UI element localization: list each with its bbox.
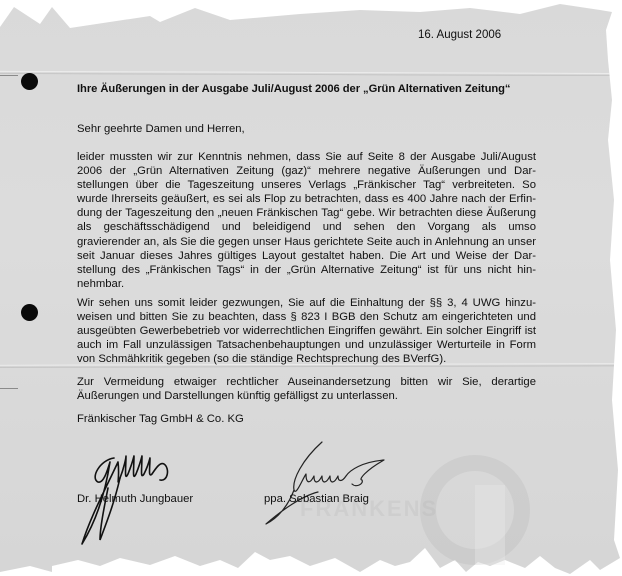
letter-paragraph-3: Zur Vermeidung etwaiger rechtlicher Ause… (77, 375, 536, 403)
text-line: seit Januar dieses Jahres gültiges Layou… (77, 249, 536, 263)
punch-hole (21, 73, 38, 90)
text-line: auch im Fall unzulässigen Tatsachenbehau… (77, 338, 536, 352)
text-line: von Schmähkritik gegeben (so die ständig… (77, 352, 536, 366)
text-line: stellung des „Fränkischen Tags“ in der „… (77, 263, 536, 277)
signatory-name-1: Dr. Helmuth Jungbauer (77, 492, 193, 506)
watermark-logo-letter (475, 485, 505, 565)
letter-paragraph-2: Wir sehen uns somit leider gezwungen, Si… (77, 296, 536, 366)
text-line: Zur Vermeidung etwaiger rechtlicher Ause… (77, 375, 536, 389)
text-line: dung der Tageszeitung den „neuen Fränkis… (77, 206, 536, 220)
text-line: als geschäftsschädigend und beleidigend … (77, 220, 536, 234)
text-line: nehmbar. (77, 277, 536, 291)
letter-date: 16. August 2006 (418, 28, 501, 42)
letter-subject: Ihre Äußerungen in der Ausgabe Juli/Augu… (77, 82, 510, 96)
signature-braig (262, 440, 392, 530)
company-name: Fränkischer Tag GmbH & Co. KG (77, 412, 244, 426)
signatory-name-2: ppa. Sebastian Braig (264, 492, 369, 506)
text-line: leider mussten wir zur Kenntnis nehmen, … (77, 150, 536, 164)
fold-mark (0, 388, 18, 389)
text-line: stellungen über die Tageszeitung unseres… (77, 178, 536, 192)
fold-mark (0, 75, 18, 76)
text-line: weisen und bitten Sie zu beachten, dass … (77, 310, 536, 324)
text-line: Wir sehen uns somit leider gezwungen, Si… (77, 296, 536, 310)
text-line: ausgeübten Gewerbebetrieb vor widerrecht… (77, 324, 536, 338)
punch-hole (21, 304, 38, 321)
text-line: gravierender an, als Sie die gegen unser… (77, 235, 536, 249)
letter-paragraph-1: leider mussten wir zur Kenntnis nehmen, … (77, 150, 536, 291)
text-line: 2006 der „Grün Alternativen Zeitung (gaz… (77, 164, 536, 178)
paper-fold (0, 71, 622, 76)
text-line: Äußerungen und Darstellungen künftig gef… (77, 389, 536, 403)
letter-salutation: Sehr geehrte Damen und Herren, (77, 122, 245, 136)
text-line: wurde Ihrerseits geäußert, es sei als Fl… (77, 192, 536, 206)
